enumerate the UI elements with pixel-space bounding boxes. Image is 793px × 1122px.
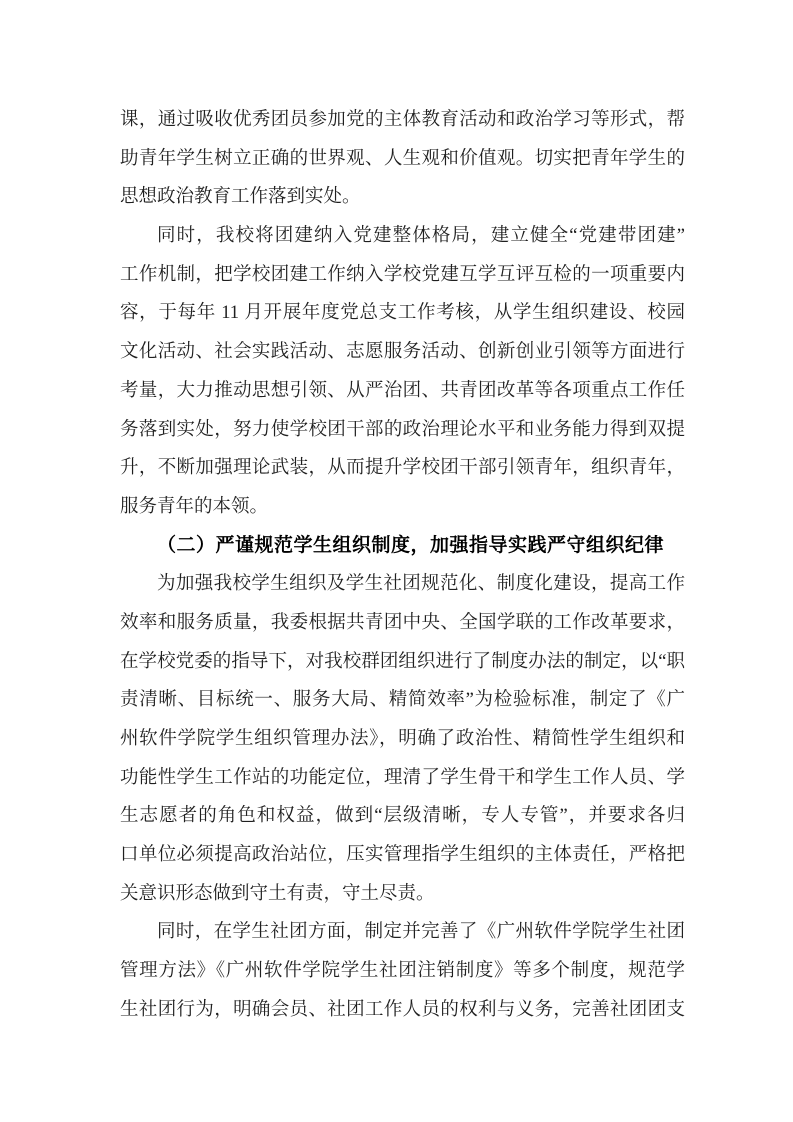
- text-line: 课，通过吸收优秀团员参加党的主体教育活动和政治学习等形式，帮: [120, 101, 685, 140]
- text-line: 州软件学院学生组织管理办法》，明确了政治性、精简性学生组织和: [120, 720, 685, 759]
- text-line: 责清晰、目标统一、服务大局、精简效率”为检验标准，制定了《广: [120, 681, 685, 720]
- text-line: 关意识形态做到守土有责，守土尽责。: [120, 875, 685, 914]
- text-line: 容，于每年 11 月开展年度党总支工作考核，从学生组织建设、校园: [120, 294, 685, 333]
- text-line: 同时，在学生社团方面，制定并完善了《广州软件学院学生社团: [120, 913, 685, 952]
- text-line: 口单位必须提高政治站位，压实管理指学生组织的主体责任，严格把: [120, 836, 685, 875]
- text-line: 服务青年的本领。: [120, 488, 685, 527]
- text-line: 生志愿者的角色和权益，做到“层级清晰，专人专管”，并要求各归: [120, 797, 685, 836]
- text-line: 效率和服务质量，我委根据共青团中央、全国学联的工作改革要求，: [120, 604, 685, 643]
- text-line: 工作机制，把学校团建工作纳入学校党建互学互评互检的一项重要内: [120, 256, 685, 295]
- text-line: 务落到实处，努力使学校团干部的政治理论水平和业务能力得到双提: [120, 411, 685, 450]
- text-line: 功能性学生工作站的功能定位，理清了学生骨干和学生工作人员、学: [120, 759, 685, 798]
- document-page: 课，通过吸收优秀团员参加党的主体教育活动和政治学习等形式，帮 助青年学生树立正确…: [0, 0, 793, 1122]
- text-line: 为加强我校学生组织及学生社团规范化、制度化建设，提高工作: [120, 565, 685, 604]
- section-heading: （二）严谨规范学生组织制度，加强指导实践严守组织纪律: [120, 527, 685, 566]
- text-line: 在学校党委的指导下，对我校群团组织进行了制度办法的制定，以“职: [120, 643, 685, 682]
- text-line: 升，不断加强理论武装，从而提升学校团干部引领青年，组织青年，: [120, 449, 685, 488]
- text-line: 同时，我校将团建纳入党建整体格局，建立健全“党建带团建”: [120, 217, 685, 256]
- text-line: 管理方法》《广州软件学院学生社团注销制度》等多个制度，规范学: [120, 952, 685, 991]
- text-line: 生社团行为，明确会员、社团工作人员的权利与义务，完善社团团支: [120, 991, 685, 1030]
- text-line: 助青年学生树立正确的世界观、人生观和价值观。切实把青年学生的: [120, 140, 685, 179]
- text-line: 考量，大力推动思想引领、从严治团、共青团改革等各项重点工作任: [120, 372, 685, 411]
- text-line: 文化活动、社会实践活动、志愿服务活动、创新创业引领等方面进行: [120, 333, 685, 372]
- text-line: 思想政治教育工作落到实处。: [120, 178, 685, 217]
